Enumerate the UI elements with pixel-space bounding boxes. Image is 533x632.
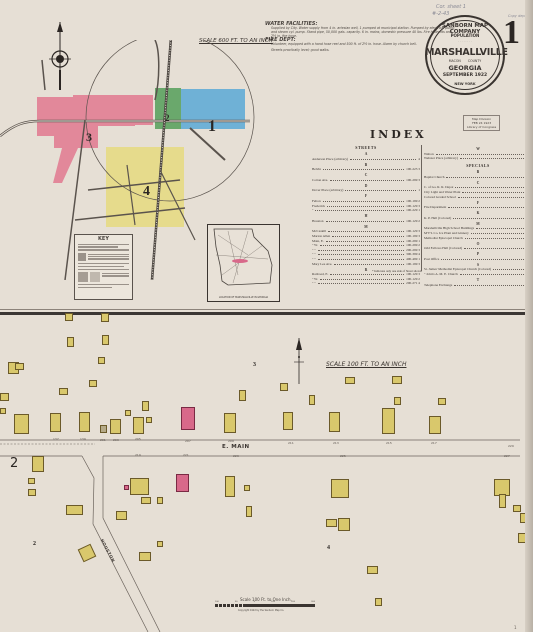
address-number: 221 <box>183 453 189 457</box>
map-key-legend: KEY <box>74 234 133 300</box>
address-number: 225 <box>340 454 346 458</box>
index-row: Dover Place (arbitrary)1 <box>312 188 420 193</box>
building <box>331 479 349 498</box>
index-footnote: * Indicates only one side of Street show… <box>372 269 422 273</box>
lower-scale-title: SCALE 100 FT. TO AN INCH <box>326 361 406 368</box>
building <box>392 376 402 384</box>
building <box>513 505 521 512</box>
building <box>133 417 144 434</box>
index-row: Cotton Ave.100-299 3 <box>312 177 420 182</box>
index-row: Post Office2 <box>424 256 532 261</box>
key-title: KEY <box>75 236 132 242</box>
building <box>98 357 105 364</box>
building <box>239 390 246 401</box>
index-row: Houston100-129 2 <box>312 218 420 223</box>
address-number: 209 <box>228 439 234 443</box>
sheet-number: 1 <box>503 14 520 52</box>
county-left: MACON <box>449 59 461 63</box>
block-number: 4 <box>327 545 330 551</box>
building <box>79 412 90 432</box>
building <box>102 335 109 345</box>
building <box>100 425 107 433</box>
building <box>499 494 506 508</box>
block-label-1: 1 <box>208 118 216 136</box>
map-date: SEPTEMBER 1922 <box>427 73 503 78</box>
index-row: Belvin100-223 3 <box>312 167 420 172</box>
address-number: 219 <box>135 453 141 457</box>
building <box>438 398 446 405</box>
index-row: " "200-271 4 <box>312 281 420 286</box>
copyright-line: Copyright 1922 by the Sanborn Map Co. <box>238 609 284 612</box>
sanborn-map-sheet: Cor. sheet 1 #-2-43 Copy deposit SANBORN… <box>0 0 533 632</box>
address-number: 213 <box>333 441 339 445</box>
scale-bar-ticks: 100500100200300 <box>215 601 315 603</box>
page-edge <box>525 0 533 632</box>
index-row: Anderson Place (arbitrary)4 <box>312 156 420 161</box>
index-row: Fire Department2 <box>424 205 532 210</box>
building <box>50 413 61 432</box>
notes-block: WATER FACILITIES: Supplied by City. Wate… <box>265 22 455 52</box>
georgia-inset-map: LOCATION OF MARSHALLVILLE IN GEORGIA <box>207 224 280 302</box>
block-label-4: 4 <box>143 184 150 200</box>
panel-divider <box>0 312 525 315</box>
address-number: 201 <box>100 438 106 442</box>
index-row: Odd Fellows Hall (Colored)4 <box>424 246 532 251</box>
address-number: 229 <box>508 444 514 448</box>
building <box>246 506 252 517</box>
building <box>394 397 401 405</box>
pencil-note: #-2-43 <box>432 11 449 17</box>
building <box>280 383 288 391</box>
specials-heading: SPECIALS <box>424 163 532 168</box>
building <box>139 552 151 561</box>
brick-building <box>124 485 129 490</box>
index-row: Webster Place (arbitrary)4 <box>424 156 532 161</box>
building <box>89 380 97 387</box>
building <box>367 566 378 574</box>
building <box>15 363 24 370</box>
address-number: 215 <box>386 441 392 445</box>
building <box>382 408 395 434</box>
brick-building <box>181 407 195 430</box>
building <box>345 377 355 384</box>
page-mark: 1 <box>514 625 517 630</box>
state-name: GEORGIA <box>427 64 503 72</box>
building <box>142 401 149 411</box>
streets-heading: STREETS <box>312 145 420 150</box>
building <box>65 313 73 321</box>
block-label-3: 3 <box>86 130 92 145</box>
building <box>101 313 109 322</box>
building <box>283 412 293 430</box>
index-row: Telephone Exchange2 <box>424 282 532 287</box>
building <box>338 518 350 531</box>
address-number: 207 <box>185 439 191 443</box>
georgia-outline-icon <box>208 225 276 289</box>
building <box>130 478 149 495</box>
building <box>32 456 44 472</box>
block-number: 2 <box>33 541 36 547</box>
building <box>28 489 36 496</box>
building <box>59 388 68 395</box>
fire-dept-text: Volunteer, equipped with a hand hose ree… <box>265 42 455 46</box>
index-row: Baptist Church1 <box>424 174 532 179</box>
building <box>110 419 121 434</box>
building <box>326 519 337 527</box>
block-number: 3 <box>253 362 256 368</box>
building <box>28 478 35 484</box>
building <box>329 412 340 432</box>
index-row: " John's A. M. E. Church4 <box>424 271 532 276</box>
streets-column: STREETS AAnderson Place (arbitrary)4BBel… <box>312 145 420 285</box>
building <box>141 497 151 504</box>
inset-caption: LOCATION OF MARSHALLVILLE IN GEORGIA <box>208 296 279 299</box>
building <box>429 416 441 434</box>
building <box>244 485 250 491</box>
pencil-note: Cor. sheet 1 <box>436 4 466 10</box>
index-row: Mary Lee Ave.100-199 3 <box>312 261 420 266</box>
building <box>67 337 74 347</box>
building <box>375 598 382 606</box>
building <box>116 511 127 520</box>
stamp-line: Library of Congress <box>467 125 496 129</box>
building <box>224 413 236 433</box>
north-arrow-icon <box>293 336 305 386</box>
index-row: K. P. Hall (Colored)4 <box>424 215 532 220</box>
building <box>309 395 315 405</box>
index-row: Methodist Episcopal Church2 <box>424 235 532 240</box>
index-title: INDEX <box>370 128 427 141</box>
city-name: NEW YORK <box>427 82 503 86</box>
block-label-2: 2 <box>165 113 170 123</box>
library-stamp: Map Division FEB 24 1923 Library of Cong… <box>463 115 500 131</box>
building <box>66 505 83 515</box>
address-number: 203 <box>113 438 119 442</box>
county-right: COUNTY <box>468 59 481 63</box>
building <box>0 408 6 414</box>
address-number: 217 <box>431 441 437 445</box>
building <box>225 476 235 497</box>
address-number: 211 <box>288 441 294 445</box>
building <box>125 410 131 416</box>
street-label-e-main: E. MAIN <box>222 444 250 450</box>
index-row: "100-229 1 <box>312 208 420 213</box>
address-number: 205 <box>135 437 141 441</box>
address-number: 139 <box>80 437 86 441</box>
building <box>157 541 163 547</box>
building <box>146 417 152 423</box>
building <box>14 414 29 434</box>
address-number: 223 <box>233 454 239 458</box>
address-number: 137 <box>53 437 59 441</box>
building <box>0 393 9 401</box>
specials-column: WWalton1Webster Place (arbitrary)4 SPECI… <box>424 145 532 287</box>
address-number: 227 <box>504 454 510 458</box>
brick-building <box>176 474 189 492</box>
index-row: Colored Graded School4 <box>424 194 532 199</box>
building <box>157 497 163 504</box>
adjoining-sheet-number: 2 <box>10 456 18 471</box>
index-table: STREETS AAnderson Place (arbitrary)4BBel… <box>312 145 533 275</box>
streets-note: Streets practically level; good walks. <box>265 48 455 52</box>
